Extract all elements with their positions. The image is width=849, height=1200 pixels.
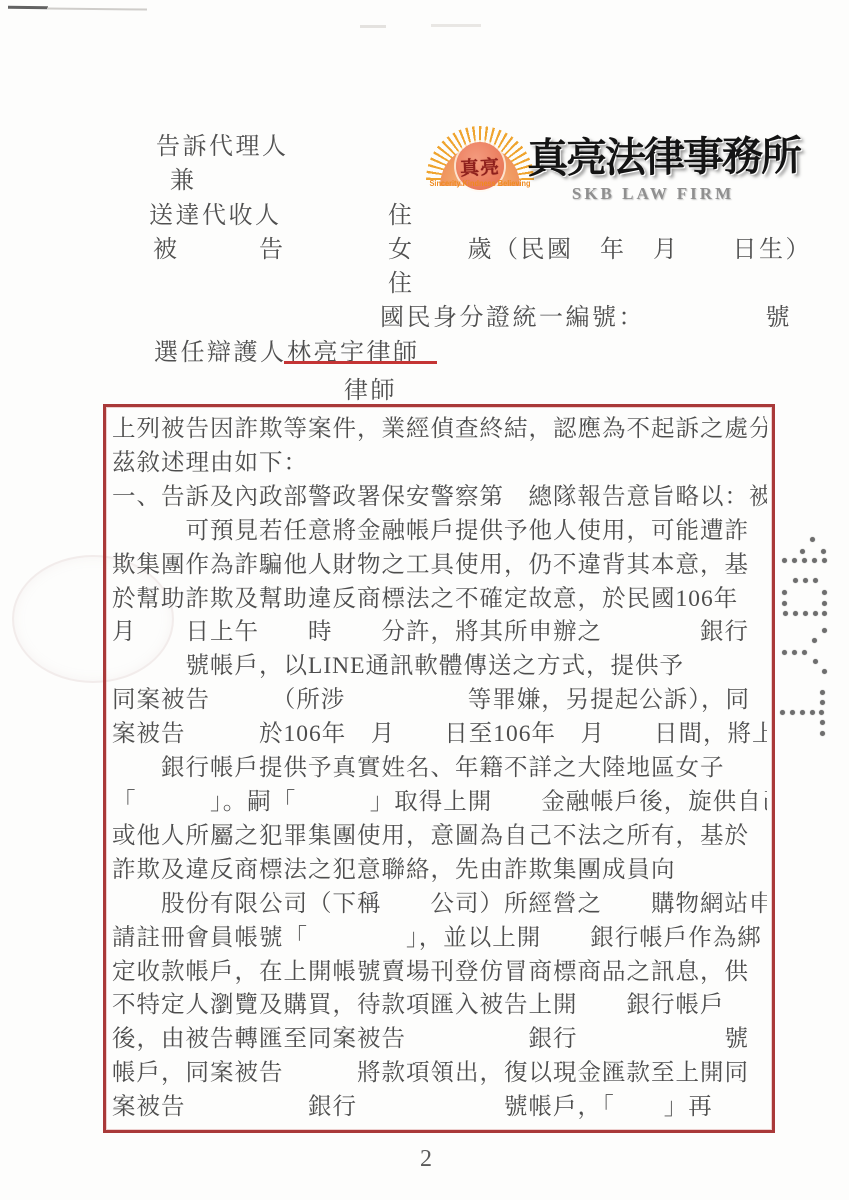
emboss-dot — [813, 578, 818, 583]
emboss-dot — [780, 710, 785, 715]
scan-artifact-streak — [47, 7, 147, 10]
emboss-dot — [813, 611, 818, 616]
address-label-1: 住 — [388, 195, 415, 230]
emboss-dot — [790, 710, 795, 715]
emboss-dot — [812, 558, 817, 563]
body-line: 案被告 銀行 號帳戶，「 」再 — [112, 1091, 767, 1125]
body-line: 茲敘述理由如下： — [112, 447, 767, 481]
emboss-dot — [802, 650, 807, 655]
emboss-dot — [820, 690, 825, 695]
emboss-dot — [822, 669, 827, 674]
service-recipient-label: 送達代收人 — [149, 195, 282, 230]
body-line: 「 」。嗣「 」取得上開 金融帳戶後，旋供自己 — [112, 786, 767, 820]
emboss-dot — [820, 720, 825, 725]
emboss-dot — [810, 537, 815, 542]
emboss-dot — [782, 590, 787, 595]
firm-name-english: SKB LAW FIRM — [558, 184, 748, 204]
body-line: 銀行帳戶提供予真實姓名、年籍不詳之大陸地區女子 — [112, 752, 767, 786]
emboss-dot — [822, 558, 827, 563]
emboss-dot — [819, 710, 824, 715]
emboss-dot — [803, 578, 808, 583]
emboss-dot — [783, 611, 788, 616]
body-text: 上列被告因詐欺等案件，業經偵查終結，認應為不起訴之處分，茲敘述理由如下：一、告訴… — [103, 404, 775, 1133]
body-line: 月 日上午 時 分許，將其所申辦之 銀行 — [112, 616, 767, 650]
person-birth-line: 女 歲（民國 年 月 日生） — [388, 229, 812, 264]
emboss-dot — [822, 590, 827, 595]
body-line: 帳戶，同案被告 將款項領出，復以現金匯款至上開同 — [112, 1057, 767, 1091]
page-number: 2 — [420, 1146, 432, 1173]
defendant-label: 被 告 — [153, 229, 286, 264]
defense-counsel-label: 選任辯護人 — [154, 332, 287, 367]
body-line: 股份有限公司（下稱 公司）所經營之 購物網站申 — [112, 888, 767, 922]
emboss-dot — [810, 710, 815, 715]
body-line: 上列被告因詐欺等案件，業經偵查終結，認應為不起訴之處分， — [112, 413, 767, 447]
emboss-dot — [813, 659, 818, 664]
emboss-dot — [800, 549, 805, 554]
emboss-dot — [820, 700, 825, 705]
body-line: 可預見若任意將金融帳戶提供予他人使用，可能遭詐 — [112, 515, 767, 549]
body-line: 定收款帳戶，在上開帳號賣場刊登仿冒商標商品之訊息，供 — [112, 956, 767, 990]
body-line: 一、告訴及內政部警政署保安警察第 總隊報告意旨略以：被告 — [112, 481, 767, 515]
body-line: 詐欺及違反商標法之犯意聯絡，先由詐欺集團成員向 — [112, 854, 767, 888]
emboss-dot — [800, 710, 805, 715]
address-label-2: 住 — [388, 263, 415, 298]
body-line: 同案被告 （所涉 等罪嫌，另提起公訴），同 — [112, 684, 767, 718]
body-line: 案被告 於106年 月 日至106年 月 日間，將上開 — [112, 718, 767, 752]
emboss-dot — [802, 558, 807, 563]
emboss-dot — [822, 611, 827, 616]
firm-name-chinese: 真亮法律事務所 — [527, 123, 808, 185]
emboss-dot — [803, 611, 808, 616]
role-joiner-label: 兼 — [170, 160, 197, 195]
emboss-dot — [782, 558, 787, 563]
scanned-legal-document-page: 告訴代理人 兼 送達代收人 被 告 住 女 歲（民國 年 月 日生） 住 國民身… — [0, 0, 849, 1200]
scan-artifact-smudge — [431, 24, 481, 27]
emboss-dot — [820, 731, 825, 736]
firm-seal-text: 真亮 — [459, 151, 500, 180]
scan-artifact-streak — [8, 6, 48, 10]
body-line: 於幫助詐欺及幫助違反商標法之不確定故意，於民國106年 — [112, 583, 767, 617]
emboss-dot — [793, 578, 798, 583]
red-underline — [284, 361, 437, 364]
emboss-dot — [812, 638, 817, 643]
body-line: 號帳戶，以LINE通訊軟體傳送之方式，提供予 — [112, 650, 767, 684]
body-line: 欺集團作為詐騙他人財物之工具使用，仍不違背其本意，基 — [112, 549, 767, 583]
emboss-dot — [793, 611, 798, 616]
emboss-dot — [792, 650, 797, 655]
body-line: 或他人所屬之犯罪集團使用，意圖為自己不法之所有，基於 — [112, 820, 767, 854]
firm-tagline: Sincerity Kindness Believing — [428, 179, 531, 188]
emboss-dot — [782, 650, 787, 655]
body-line: 後，由被告轉匯至同案被告 銀行 號 — [112, 1023, 767, 1057]
lawyer-suffix-label: 律師 — [344, 370, 397, 405]
emboss-dot — [792, 558, 797, 563]
scan-artifact-smudge — [360, 25, 386, 28]
body-line: 不特定人瀏覽及購買，待款項匯入被告上開 銀行帳戶 — [112, 989, 767, 1023]
plaintiff-agent-label: 告訴代理人 — [156, 126, 289, 161]
emboss-dot — [782, 601, 787, 606]
body-line: 請註冊會員帳號「 」，並以上開 銀行帳戶作為綁 — [112, 922, 767, 956]
emboss-dot — [822, 601, 827, 606]
emboss-dot — [822, 628, 827, 633]
emboss-dot — [821, 549, 826, 554]
national-id-line: 國民身分證統一編號： 號 — [380, 297, 792, 332]
